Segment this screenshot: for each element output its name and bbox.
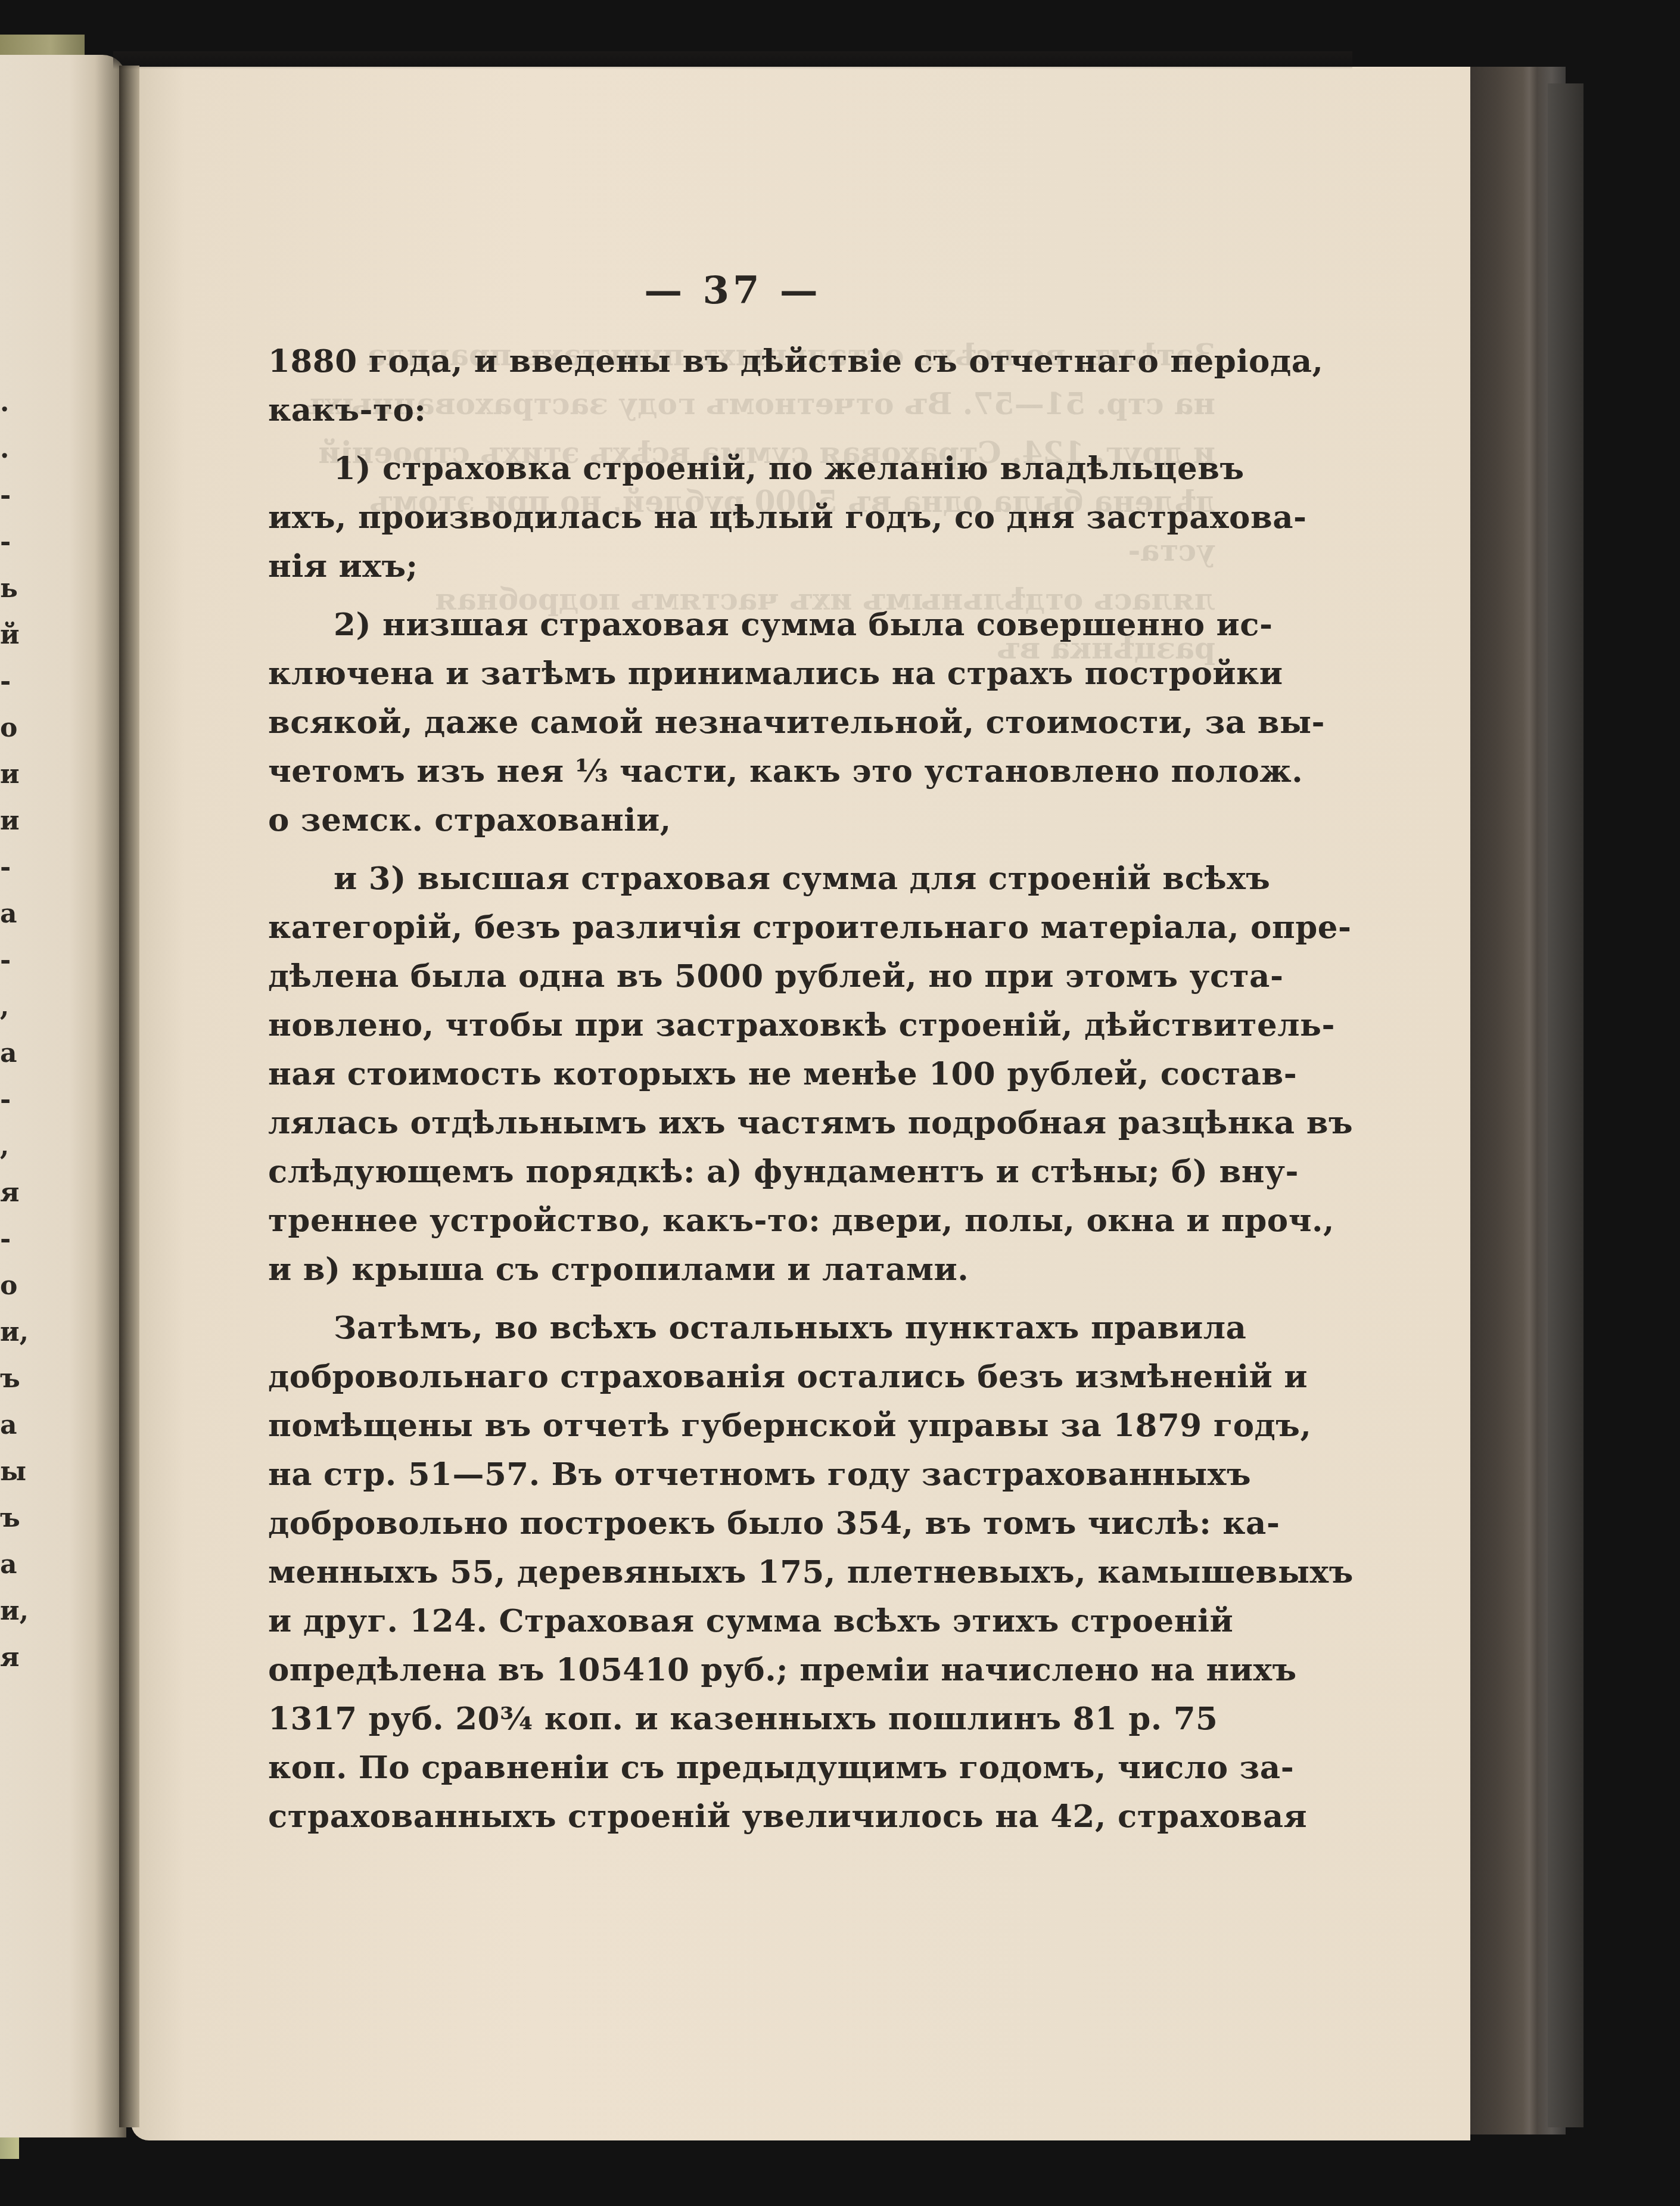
paragraph-intro: 1880 года, и введены въ дѣйствіе съ отче… <box>268 337 1197 434</box>
text-line: 2) низшая страховая сумма была совершенн… <box>268 600 1197 649</box>
text-line: ихъ, производилась на цѣлый годъ, со дня… <box>268 493 1197 542</box>
gutter-shadow <box>119 66 139 2127</box>
text-line: категорій, безъ различія строительнаго м… <box>268 903 1197 952</box>
text-line: четомъ изъ нея ⅓ части, какъ это установ… <box>268 747 1197 796</box>
text-line: 1880 года, и введены въ дѣйствіе съ отче… <box>268 337 1197 386</box>
text-line: о земск. страхованіи, <box>268 796 1197 844</box>
text-line: помѣщены въ отчетѣ губернской управы за … <box>268 1401 1197 1450</box>
paragraph-closing: Затѣмъ, во всѣхъ остальныхъ пунктахъ пра… <box>268 1303 1197 1841</box>
text-line: лялась отдѣльнымъ ихъ частямъ подробная … <box>268 1098 1197 1147</box>
text-line: страхованныхъ строеній увеличилось на 42… <box>268 1792 1197 1841</box>
paragraph-item-1: 1) страховка строеній, по желанію владѣл… <box>268 444 1197 591</box>
top-shadow <box>113 51 1352 69</box>
paragraph-item-3: и 3) высшая страховая сумма для строеній… <box>268 854 1197 1294</box>
text-line: менныхъ 55, деревяныхъ 175, плетневыхъ, … <box>268 1548 1197 1596</box>
text-line: и в) крыша съ стропилами и латами. <box>268 1245 1197 1294</box>
page-number: — 37 — <box>268 268 1197 313</box>
scan-background: . . - - ь й - о и и - а - , а - , я - о … <box>0 0 1680 2206</box>
text-line: дѣлена была одна въ 5000 рублей, но при … <box>268 952 1197 1001</box>
text-line: нія ихъ; <box>268 542 1197 591</box>
text-line: ная стоимость которыхъ не менѣе 100 рубл… <box>268 1049 1197 1098</box>
text-line: слѣдующемъ порядкѣ: а) фундаментъ и стѣн… <box>268 1147 1197 1196</box>
left-page-edge: . . - - ь й - о и и - а - , а - , я - о … <box>0 55 126 2137</box>
text-line: и друг. 124. Страховая сумма всѣхъ этихъ… <box>268 1596 1197 1645</box>
book-cover-edge <box>1548 83 1583 2127</box>
text-line: Затѣмъ, во всѣхъ остальныхъ пунктахъ пра… <box>268 1303 1197 1352</box>
text-line: всякой, даже самой незначительной, стоим… <box>268 698 1197 747</box>
text-line: 1317 руб. 20¾ коп. и казенныхъ пошлинъ 8… <box>268 1694 1197 1743</box>
text-line: и 3) высшая страховая сумма для строеній… <box>268 854 1197 903</box>
text-line: добровольно построекъ было 354, въ томъ … <box>268 1499 1197 1548</box>
bookmark-ribbon-top <box>0 35 85 55</box>
text-line: какъ-то: <box>268 386 1197 434</box>
page-text: — 37 — 1880 года, и введены въ дѣйствіе … <box>268 268 1197 1841</box>
text-line: на стр. 51—57. Въ отчетномъ году застрах… <box>268 1450 1197 1499</box>
text-line: добровольнаго страхованія остались безъ … <box>268 1352 1197 1401</box>
paragraph-item-2: 2) низшая страховая сумма была совершенн… <box>268 600 1197 844</box>
text-line: 1) страховка строеній, по желанію владѣл… <box>268 444 1197 493</box>
left-page-text-fragments: . . - - ь й - о и и - а - , а - , я - о … <box>0 389 18 1672</box>
text-line: ключена и затѣмъ принимались на страхъ п… <box>268 649 1197 698</box>
text-line: треннее устройство, какъ-то: двери, полы… <box>268 1196 1197 1245</box>
text-line: новлено, чтобы при застраховкѣ строеній,… <box>268 1001 1197 1049</box>
text-line: коп. По сравненіи съ предыдущимъ годомъ,… <box>268 1743 1197 1792</box>
bookmark-ribbon-bottom <box>0 2136 19 2159</box>
text-line: опредѣлена въ 105410 руб.; преміи начисл… <box>268 1645 1197 1694</box>
